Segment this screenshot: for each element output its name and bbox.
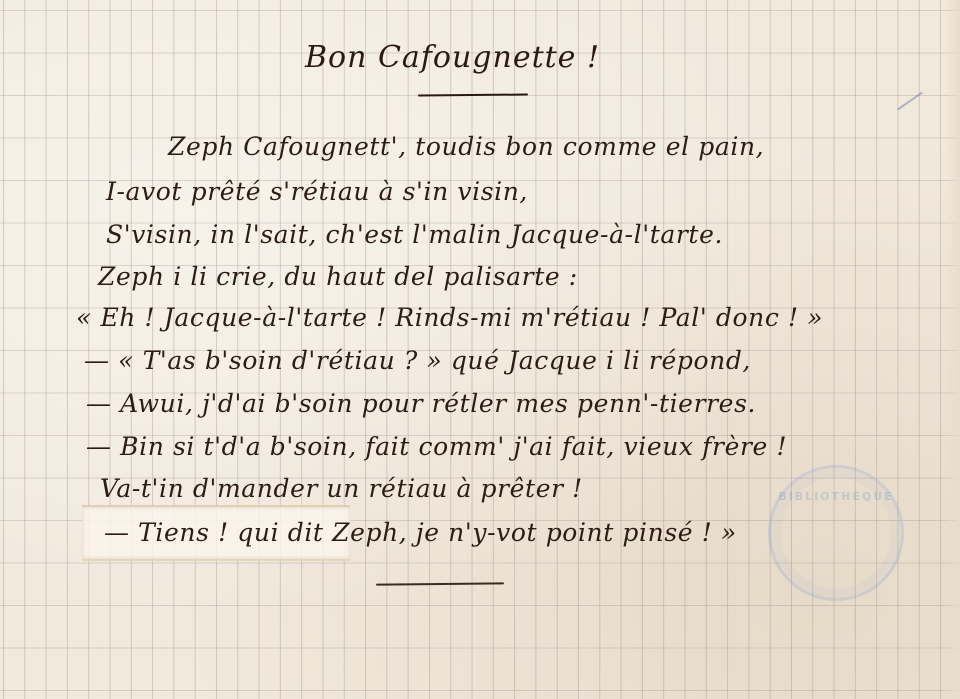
title-underline bbox=[418, 94, 528, 97]
poem-line-4: Zeph i li crie, du haut del palisarte : bbox=[98, 262, 578, 291]
poem-line-7: — Awui, j'd'ai b'soin pour rétler mes pe… bbox=[86, 389, 756, 418]
closing-rule bbox=[376, 582, 504, 585]
poem-line-5: « Eh ! Jacque-à-l'tarte ! Rinds-mi m'rét… bbox=[76, 303, 823, 332]
poem-line-1: Zeph Cafougnett', toudis bon comme el pa… bbox=[168, 132, 764, 161]
poem-line-3: S'visin, in l'sait, ch'est l'malin Jacqu… bbox=[106, 220, 723, 249]
stamp-text: BIBLIOTHÈQUE bbox=[771, 490, 901, 503]
poem-line-10: — Tiens ! qui dit Zeph, je n'y-vot point… bbox=[104, 518, 737, 547]
paper-edge bbox=[946, 0, 960, 699]
poem-title: Bon Cafougnette ! bbox=[305, 40, 600, 75]
library-stamp: BIBLIOTHÈQUE bbox=[768, 465, 904, 601]
poem-line-9: Va-t'in d'mander un rétiau à prêter ! bbox=[100, 474, 583, 503]
handwritten-page: Bon Cafougnette ! Zeph Cafougnett', toud… bbox=[0, 0, 960, 699]
pencil-mark bbox=[897, 92, 923, 111]
poem-line-6: — « T'as b'soin d'rétiau ? » qué Jacque … bbox=[84, 346, 751, 375]
poem-line-8: — Bin si t'd'a b'soin, fait comm' j'ai f… bbox=[86, 432, 787, 461]
poem-line-2: I-avot prêté s'rétiau à s'in visin, bbox=[106, 177, 528, 206]
